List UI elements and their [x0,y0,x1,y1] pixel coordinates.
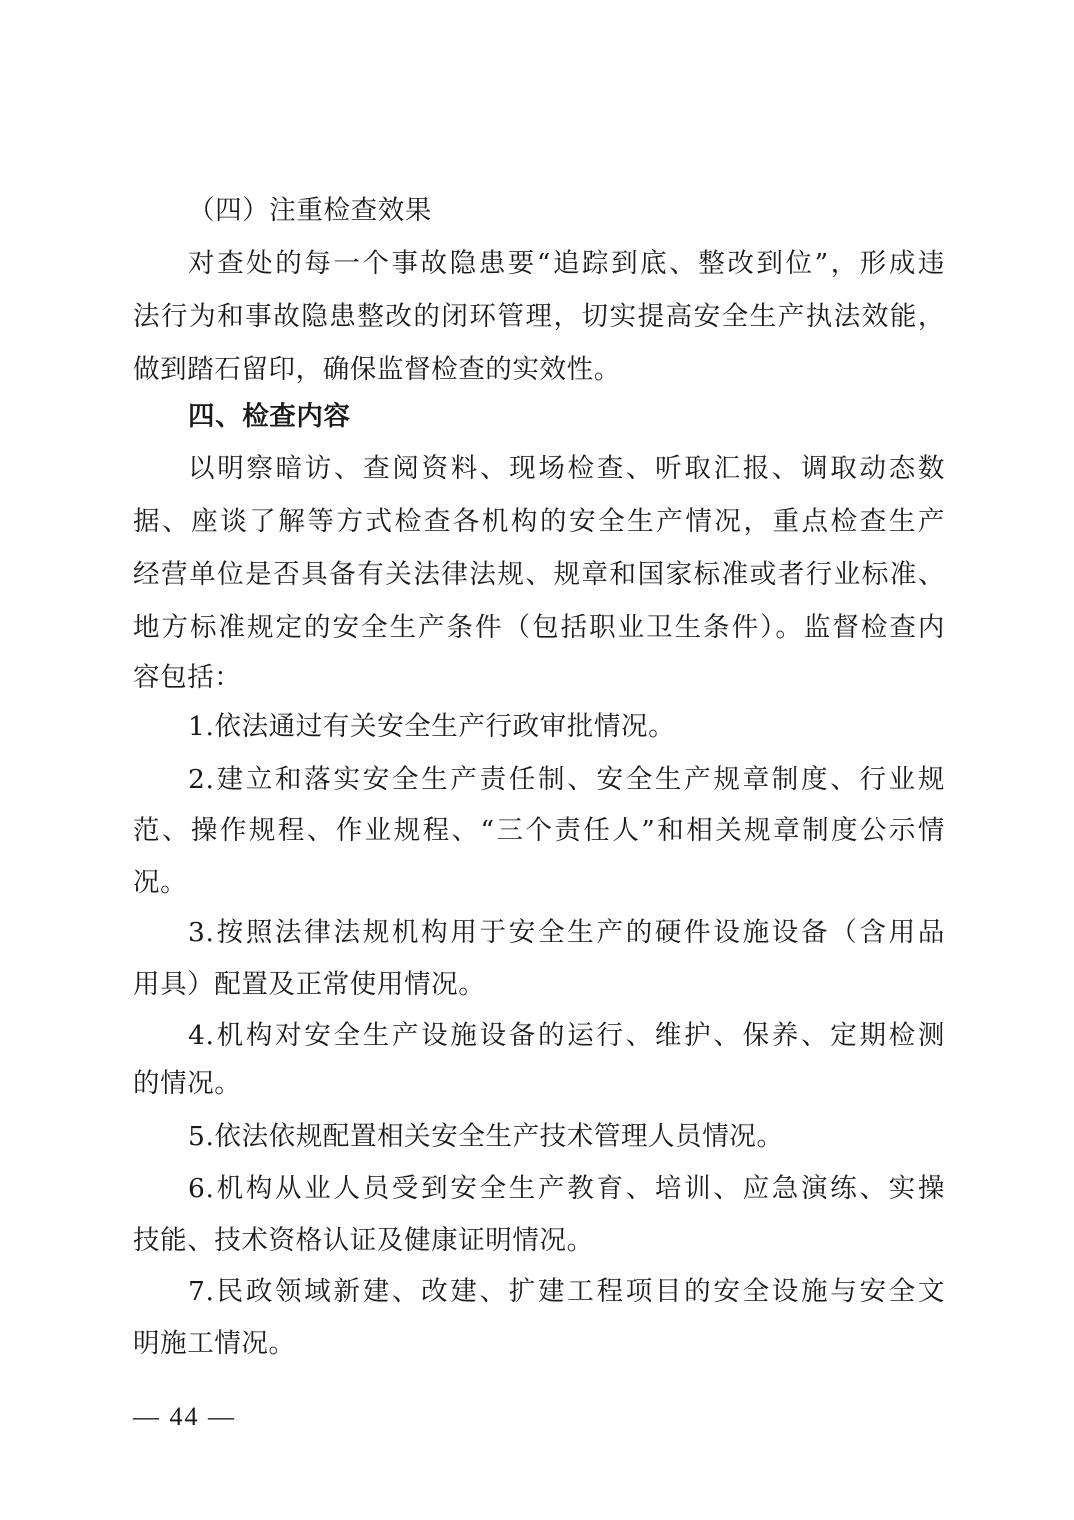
page-number: — 44 — [133,1402,236,1432]
section-heading: 四、检查内容 [188,400,945,434]
paragraph-line: 4.机构对安全生产设施设备的运行、维护、保养、定期检测 [188,1019,945,1053]
paragraph-line: 做到踏石留印，确保监督检查的实效性。 [133,353,945,387]
paragraph-line: 明施工情况。 [133,1327,945,1361]
paragraph-line: 技能、技术资格认证及健康证明情况。 [133,1224,945,1258]
paragraph-line: 用具）配置及正常使用情况。 [133,968,945,1002]
paragraph-line: 的情况。 [133,1067,945,1101]
paragraph-line: 经营单位是否具备有关法律法规、规章和国家标准或者行业标准、 [133,558,945,592]
paragraph-line: 况。 [133,866,945,900]
paragraph-line: 6.机构从业人员受到安全生产教育、培训、应急演练、实操 [188,1172,945,1206]
paragraph-line: 2.建立和落实安全生产责任制、安全生产规章制度、行业规 [188,763,945,797]
paragraph-line: 5.依法依规配置相关安全生产技术管理人员情况。 [188,1120,945,1154]
paragraph-line: 容包括： [133,661,945,695]
paragraph-line: 地方标准规定的安全生产条件（包括职业卫生条件）。监督检查内 [133,611,945,645]
paragraph-line: 据、座谈了解等方式检查各机构的安全生产情况，重点检查生产 [133,505,945,539]
paragraph-line: （四）注重检查效果 [188,194,945,228]
paragraph-line: 范、操作规程、作业规程、“三个责任人”和相关规章制度公示情 [133,814,945,848]
paragraph-line: 以明察暗访、查阅资料、现场检查、听取汇报、调取动态数 [188,452,945,486]
paragraph-line: 法行为和事故隐患整改的闭环管理，切实提高安全生产执法效能， [133,300,945,334]
paragraph-line: 对查处的每一个事故隐患要“追踪到底、整改到位”，形成违 [188,247,945,281]
paragraph-line: 3.按照法律法规机构用于安全生产的硬件设施设备（含用品 [188,916,945,950]
paragraph-line: 1.依法通过有关安全生产行政审批情况。 [188,710,945,744]
paragraph-line: 7.民政领域新建、改建、扩建工程项目的安全设施与安全文 [188,1275,945,1309]
